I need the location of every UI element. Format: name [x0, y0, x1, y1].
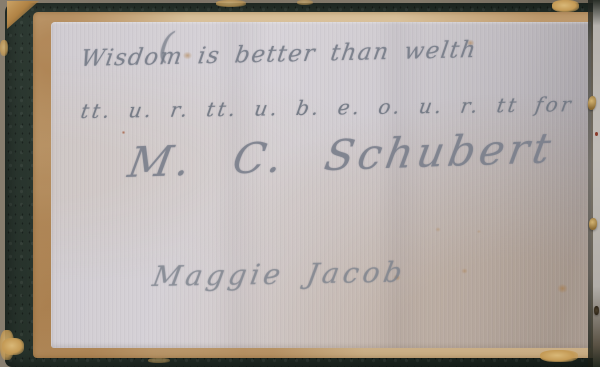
cover-wear-patch: [2, 338, 24, 355]
binding-stitch: [594, 306, 599, 315]
signature-maggie-jacob: Maggie Jacob: [150, 256, 409, 293]
cover-wear-patch: [0, 40, 8, 56]
cover-wear-patch: [216, 0, 246, 7]
album-page: ( Wisdom is better than welth tt. u. r. …: [51, 22, 591, 348]
foxing-spot: [476, 229, 482, 234]
photo-of-album-page: ( Wisdom is better than welth tt. u. r. …: [0, 0, 600, 367]
cover-wear-patch: [552, 0, 579, 12]
red-speck: [595, 132, 598, 136]
foxing-spot: [434, 226, 442, 233]
foxing-spot: [555, 282, 570, 295]
foxing-spot: [460, 267, 469, 275]
cover-wear-patch: [297, 0, 313, 5]
foxing-spot: [121, 130, 126, 135]
cover-wear-patch: [540, 350, 578, 362]
cover-wear-patch: [148, 358, 170, 363]
